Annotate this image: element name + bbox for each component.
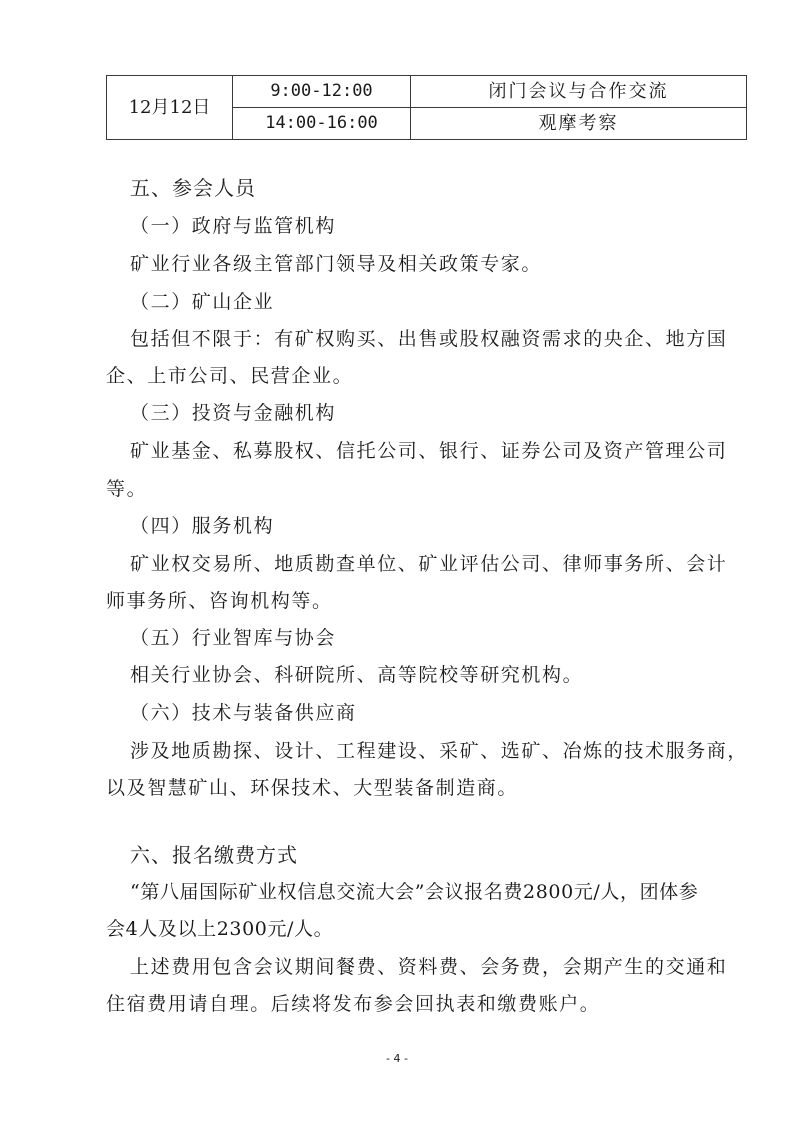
table-row: 12月12日 9:00-12:00 闭门会议与合作交流 <box>107 76 747 108</box>
subsection-title: （二）矿山企业 <box>130 290 770 314</box>
schedule-table: 12月12日 9:00-12:00 闭门会议与合作交流 14:00-16:00 … <box>106 75 747 140</box>
time-cell: 9:00-12:00 <box>233 76 411 108</box>
paragraph-line: 企、上市公司、民营企业。 <box>106 364 746 388</box>
activity-cell: 闭门会议与合作交流 <box>411 76 747 108</box>
paragraph-line: 住宿费用请自理。后续将发布参会回执表和缴费账户。 <box>106 992 746 1016</box>
paragraph-line: 等。 <box>106 477 746 501</box>
paragraph-line: 师事务所、咨询机构等。 <box>106 589 746 613</box>
activity-cell: 观摩考察 <box>411 108 747 140</box>
subsection-title: （五）行业智库与协会 <box>130 626 770 650</box>
section-heading-attendees: 五、参会人员 <box>130 176 770 200</box>
paragraph-line: 以及智慧矿山、环保技术、大型装备制造商。 <box>106 776 746 800</box>
paragraph-line: 涉及地质勘探、设计、工程建设、采矿、选矿、冶炼的技术服务商， <box>130 739 770 763</box>
paragraph-line: 包括但不限于：有矿权购买、出售或股权融资需求的央企、地方国 <box>130 327 770 351</box>
paragraph-line: 矿业基金、私募股权、信托公司、银行、证券公司及资产管理公司 <box>130 439 770 463</box>
subsection-title: （三）投资与金融机构 <box>130 401 770 425</box>
subsection-title: （四）服务机构 <box>130 514 770 538</box>
page-number: - 4 - <box>0 1052 794 1065</box>
paragraph-line: 上述费用包含会议期间餐费、资料费、会务费，会期产生的交通和 <box>130 955 770 979</box>
paragraph-line: 相关行业协会、科研院所、高等院校等研究机构。 <box>130 663 770 687</box>
time-cell: 14:00-16:00 <box>233 108 411 140</box>
date-cell: 12月12日 <box>107 76 233 140</box>
subsection-title: （六）技术与装备供应商 <box>130 701 770 725</box>
paragraph-line: 矿业行业各级主管部门领导及相关政策专家。 <box>130 252 770 276</box>
paragraph-line: 会4人及以上2300元/人。 <box>106 917 746 941</box>
subsection-title: （一）政府与监管机构 <box>130 214 770 238</box>
paragraph-line: 矿业权交易所、地质勘查单位、矿业评估公司、律师事务所、会计 <box>130 552 770 576</box>
document-page: 12月12日 9:00-12:00 闭门会议与合作交流 14:00-16:00 … <box>0 0 794 1123</box>
section-heading-registration: 六、报名缴费方式 <box>130 843 770 867</box>
paragraph-line: “第八届国际矿业权信息交流大会”会议报名费2800元/人，团体参 <box>130 880 770 904</box>
